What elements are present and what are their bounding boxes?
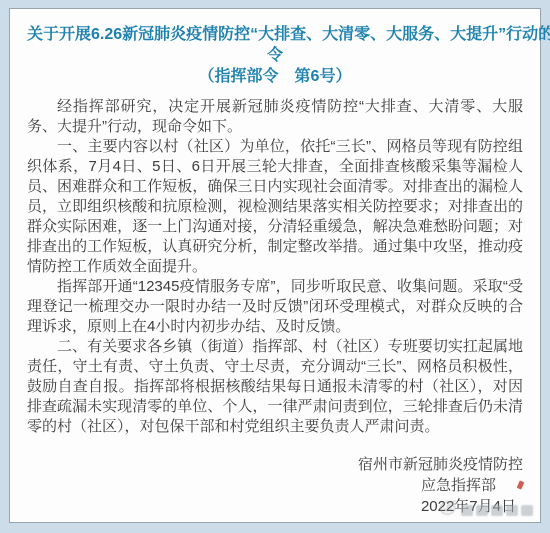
notice-subtitle: （指挥部令 第6号） xyxy=(27,66,523,87)
notice-title-line-1: 关于开展6.26新冠肺炎疫情防控“大排查、大清零、大服务、大提升”行动的 xyxy=(27,24,523,45)
notice-title-line-2: 令 xyxy=(27,45,523,66)
notice-body: 经指挥部研究，决定开展新冠肺炎疫情防控“大排查、大清零、大服务、大提升”行动，现… xyxy=(27,97,523,437)
watermark-text-blur-3 xyxy=(491,505,503,516)
signature-org-line-2: 应急指挥部 xyxy=(27,475,523,496)
notice-panel: 关于开展6.26新冠肺炎疫情防控“大排查、大清零、大服务、大提升”行动的 令 （… xyxy=(9,8,541,523)
watermark-text-blur-5 xyxy=(521,505,533,516)
watermark-text-blur-4 xyxy=(506,505,518,516)
weibo-logo-icon xyxy=(439,499,458,521)
watermark-text-blur-2 xyxy=(476,505,488,516)
watermark-text-blur-1 xyxy=(461,505,473,516)
paragraph-1: 经指挥部研究，决定开展新冠肺炎疫情防控“大排查、大清零、大服务、大提升”行动，现… xyxy=(27,97,523,137)
paragraph-3: 指挥部开通“12345疫情服务专席”，同步听取民意、收集问题。采取“受理登记一梳… xyxy=(27,277,523,337)
paragraph-4: 二、有关要求各乡镇（街道）指挥部、村（社区）专班要切实扛起属地责任，守土有责、守… xyxy=(27,337,523,437)
paragraph-2: 一、主要内容以村（社区）为单位，依托“三长”、网格员等现有防控组织体系，7月4日… xyxy=(27,137,523,277)
weibo-watermark xyxy=(439,499,533,521)
signature-org-line-1: 宿州市新冠肺炎疫情防控 xyxy=(27,454,523,475)
notice-title: 关于开展6.26新冠肺炎疫情防控“大排查、大清零、大服务、大提升”行动的 令 （… xyxy=(27,24,523,87)
